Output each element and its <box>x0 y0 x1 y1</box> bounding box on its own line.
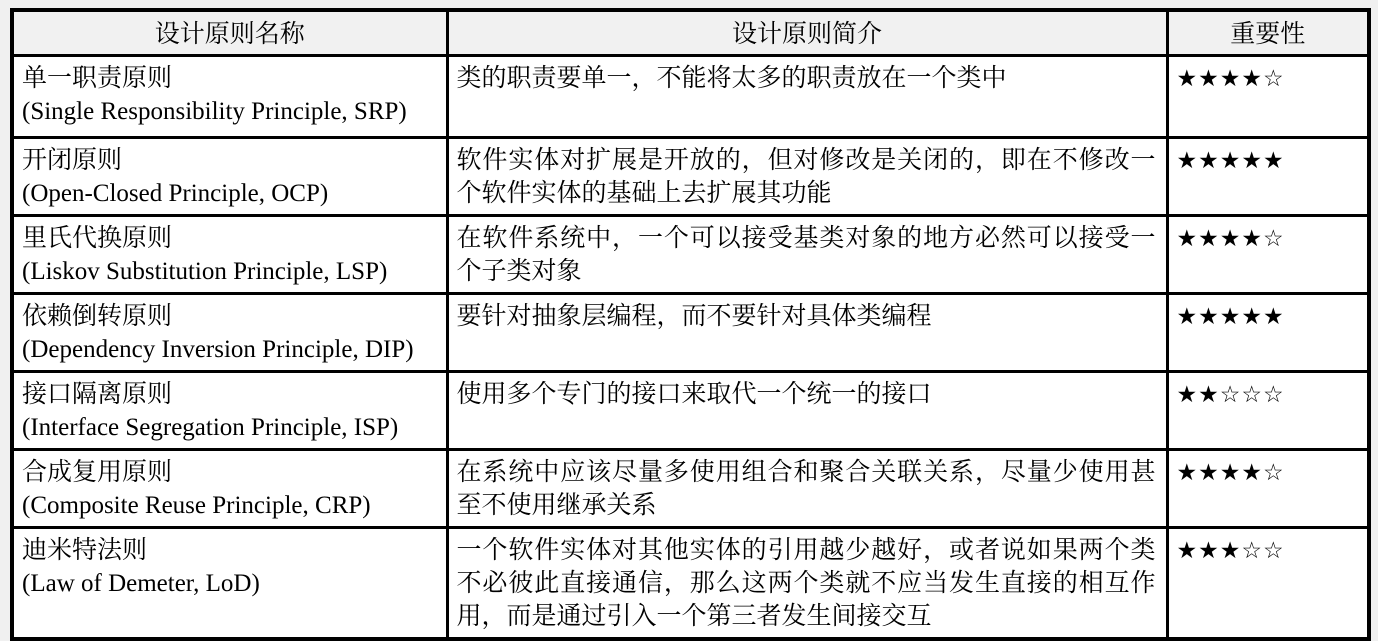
table-row: 接口隔离原则 (Interface Segregation Principle,… <box>12 372 1369 450</box>
principle-description-cell: 类的职责要单一，不能将太多的职责放在一个类中 <box>447 56 1167 138</box>
document-page: 设计原则名称 设计原则简介 重要性 单一职责原则 (Single Respons… <box>0 0 1378 614</box>
principle-name-cell: 里氏代换原则 (Liskov Substitution Principle, L… <box>12 216 447 294</box>
table-row: 合成复用原则 (Composite Reuse Principle, CRP) … <box>12 450 1369 528</box>
principle-name-cell: 单一职责原则 (Single Responsibility Principle,… <box>12 56 447 138</box>
principle-name-en: (Composite Reuse Principle, CRP) <box>22 489 436 522</box>
principle-description-cell: 软件实体对扩展是开放的，但对修改是关闭的，即在不修改一个软件实体的基础上去扩展其… <box>447 138 1167 216</box>
star-rating: ★★★★☆ <box>1177 222 1285 254</box>
principle-name-zh: 单一职责原则 <box>22 62 436 95</box>
col-header-importance: 重要性 <box>1167 10 1369 56</box>
header-row: 设计原则名称 设计原则简介 重要性 <box>12 10 1369 56</box>
importance-cell: ★★★★★ <box>1167 294 1369 372</box>
table-row: 开闭原则 (Open-Closed Principle, OCP) 软件实体对扩… <box>12 138 1369 216</box>
principle-name-cell: 迪米特法则 (Law of Demeter, LoD) <box>12 528 447 640</box>
principle-description-cell: 在系统中应该尽量多使用组合和聚合关联关系，尽量少使用甚至不使用继承关系 <box>447 450 1167 528</box>
table-row: 里氏代换原则 (Liskov Substitution Principle, L… <box>12 216 1369 294</box>
principle-name-zh: 开闭原则 <box>22 144 436 177</box>
principle-description-cell: 使用多个专门的接口来取代一个统一的接口 <box>447 372 1167 450</box>
importance-cell: ★★★★☆ <box>1167 56 1369 138</box>
principle-description: 要针对抽象层编程，而不要针对具体类编程 <box>457 300 1156 333</box>
principle-name-zh: 合成复用原则 <box>22 456 436 489</box>
principle-description-cell: 一个软件实体对其他实体的引用越少越好，或者说如果两个类不必彼此直接通信，那么这两… <box>447 528 1167 640</box>
principle-name-zh: 接口隔离原则 <box>22 378 436 411</box>
star-rating: ★★★☆☆ <box>1177 534 1285 566</box>
principle-description-cell: 要针对抽象层编程，而不要针对具体类编程 <box>447 294 1167 372</box>
principle-description: 使用多个专门的接口来取代一个统一的接口 <box>457 378 1156 411</box>
importance-cell: ★★★★★ <box>1167 138 1369 216</box>
star-rating: ★★★★☆ <box>1177 456 1285 488</box>
table-row: 迪米特法则 (Law of Demeter, LoD) 一个软件实体对其他实体的… <box>12 528 1369 640</box>
star-rating: ★★☆☆☆ <box>1177 378 1285 410</box>
principle-description: 在系统中应该尽量多使用组合和聚合关联关系，尽量少使用甚至不使用继承关系 <box>457 456 1156 522</box>
importance-cell: ★★★☆☆ <box>1167 528 1369 640</box>
principle-name-zh: 里氏代换原则 <box>22 222 436 255</box>
principle-description: 在软件系统中，一个可以接受基类对象的地方必然可以接受一个子类对象 <box>457 222 1156 288</box>
star-rating: ★★★★★ <box>1177 144 1285 176</box>
principle-name-cell: 合成复用原则 (Composite Reuse Principle, CRP) <box>12 450 447 528</box>
principle-name-cell: 开闭原则 (Open-Closed Principle, OCP) <box>12 138 447 216</box>
col-header-principle-name: 设计原则名称 <box>12 10 447 56</box>
col-header-principle-summary: 设计原则简介 <box>447 10 1167 56</box>
importance-cell: ★★☆☆☆ <box>1167 372 1369 450</box>
principle-name-zh: 依赖倒转原则 <box>22 300 436 333</box>
principle-name-zh: 迪米特法则 <box>22 534 436 567</box>
principle-description: 一个软件实体对其他实体的引用越少越好，或者说如果两个类不必彼此直接通信，那么这两… <box>457 534 1156 633</box>
principle-description: 软件实体对扩展是开放的，但对修改是关闭的，即在不修改一个软件实体的基础上去扩展其… <box>457 144 1156 210</box>
table-row: 单一职责原则 (Single Responsibility Principle,… <box>12 56 1369 138</box>
importance-cell: ★★★★☆ <box>1167 450 1369 528</box>
design-principles-table: 设计原则名称 设计原则简介 重要性 单一职责原则 (Single Respons… <box>10 8 1371 641</box>
principle-name-en: (Interface Segregation Principle, ISP) <box>22 411 436 444</box>
principle-name-cell: 接口隔离原则 (Interface Segregation Principle,… <box>12 372 447 450</box>
principle-name-en: (Liskov Substitution Principle, LSP) <box>22 255 436 288</box>
principle-name-cell: 依赖倒转原则 (Dependency Inversion Principle, … <box>12 294 447 372</box>
table-body: 单一职责原则 (Single Responsibility Principle,… <box>12 56 1369 640</box>
principle-description: 类的职责要单一，不能将太多的职责放在一个类中 <box>457 62 1156 95</box>
principle-description-cell: 在软件系统中，一个可以接受基类对象的地方必然可以接受一个子类对象 <box>447 216 1167 294</box>
table-row: 依赖倒转原则 (Dependency Inversion Principle, … <box>12 294 1369 372</box>
principle-name-en: (Dependency Inversion Principle, DIP) <box>22 333 436 366</box>
star-rating: ★★★★★ <box>1177 300 1285 332</box>
star-rating: ★★★★☆ <box>1177 62 1285 94</box>
principle-name-en: (Open-Closed Principle, OCP) <box>22 177 436 210</box>
principle-name-en: (Law of Demeter, LoD) <box>22 567 436 600</box>
importance-cell: ★★★★☆ <box>1167 216 1369 294</box>
principle-name-en: (Single Responsibility Principle, SRP) <box>22 95 436 128</box>
